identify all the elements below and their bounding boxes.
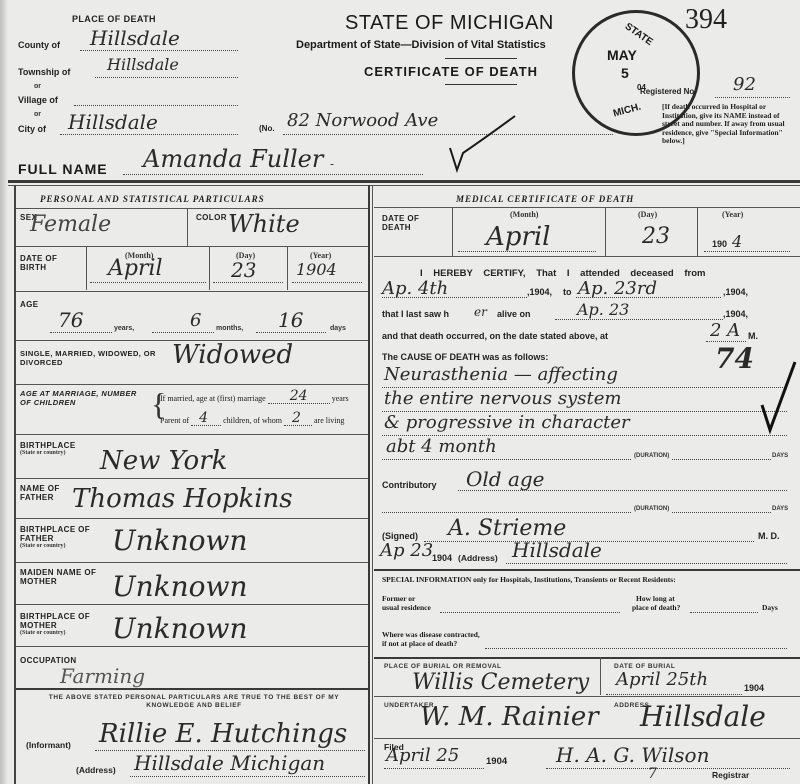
dod-month-field: April: [458, 250, 596, 252]
row-rule: [16, 384, 368, 385]
parent-of-label: Parent of: [160, 416, 189, 425]
marital-value: Widowed: [172, 340, 293, 370]
children-count-value: 4: [199, 410, 208, 426]
row-rule: [374, 569, 800, 571]
row-rule: [16, 434, 368, 435]
how-long-days-label: Days: [762, 603, 778, 612]
informant-address-field: Hillsdale Michigan: [130, 775, 365, 777]
personal-section-title: PERSONAL AND STATISTICAL PARTICULARS: [40, 194, 265, 204]
attended-to-field: Ap. 23rd: [576, 296, 721, 298]
alive-on-label: alive on: [497, 309, 531, 319]
last-saw-date-value: Ap. 23: [577, 300, 629, 319]
duration-label: (DURATION): [632, 453, 671, 460]
dod-day-field: 23: [610, 250, 690, 251]
undertaker-value: W. M. Rainier: [420, 702, 599, 732]
attestation-text: THE ABOVE STATED PERSONAL PARTICULARS AR…: [24, 694, 364, 710]
city-value: Hillsdale: [68, 110, 158, 134]
signed-date: Ap 23: [380, 540, 433, 561]
age-days-field: 16: [256, 330, 326, 333]
doctor-address-value: Hillsdale: [512, 538, 602, 562]
burial-place-value: Willis Cemetery: [412, 670, 589, 695]
occupation-value: Farming: [60, 664, 145, 688]
filed-date-value: April 25: [386, 745, 459, 766]
children-living-value: 2: [292, 410, 301, 426]
row-rule: [16, 562, 368, 563]
or-label: or: [34, 83, 41, 90]
scan-edge: [0, 0, 8, 784]
age-years-field: 76: [50, 330, 112, 333]
mother-birthplace-value: Unknown: [112, 612, 248, 645]
cause-line-4-value: abt 4 month: [386, 436, 497, 457]
age-days-value: 16: [278, 308, 303, 332]
where-contracted-label-2: if not at place of death?: [382, 639, 480, 648]
registered-label: Registered No.: [640, 87, 696, 96]
county-value: Hillsdale: [90, 26, 180, 50]
informant-label: (Informant): [26, 740, 71, 750]
former-residence-field[interactable]: [440, 611, 620, 613]
special-info-heading: SPECIAL INFORMATION only for Hospitals, …: [382, 575, 676, 584]
dod-year-suffix: 4: [732, 232, 742, 251]
title-rule: [445, 58, 517, 59]
township-value: Hillsdale: [107, 55, 179, 74]
registrar-label: Registrar: [712, 770, 749, 780]
row-rule: [16, 208, 368, 209]
row-rule: [374, 696, 800, 697]
stamp-month: MAY: [607, 47, 637, 63]
former-residence-label-1: Former or: [382, 594, 431, 603]
former-residence-label: Former or usual residence: [382, 594, 431, 612]
how-long-label: How long at place of death?: [632, 594, 680, 612]
undertaker-address-value: Hillsdale: [640, 700, 766, 733]
or-label: or: [34, 111, 41, 118]
village-label: Village of: [18, 95, 58, 105]
row-rule: [374, 256, 800, 257]
age-months-value: 6: [190, 310, 201, 331]
marriage-age-value: 24: [290, 388, 308, 404]
father-birthplace-label: BIRTHPLACE OF FATHER: [20, 525, 100, 543]
how-long-label-1: How long at: [632, 594, 680, 603]
mother-birthplace-label: BIRTHPLACE OF MOTHER: [20, 612, 100, 630]
full-name-label: FULL NAME: [18, 161, 108, 177]
duration-days-label: DAYS: [772, 453, 788, 460]
township-field: Hillsdale: [95, 67, 238, 78]
father-value: Thomas Hopkins: [72, 484, 293, 514]
marriage-age-field: 24: [268, 394, 330, 404]
children-count-field: 4: [191, 416, 221, 426]
marriage-label: AGE AT MARRIAGE, NUMBER OF CHILDREN: [20, 390, 140, 407]
cell-divider: [605, 207, 606, 256]
header-divider: [8, 180, 800, 183]
occurred-label: and that death occurred, on the date sta…: [382, 331, 608, 341]
row-rule: [374, 657, 800, 659]
dod-month-value: April: [486, 222, 550, 252]
md-label: M. D.: [758, 531, 780, 541]
cell-divider: [452, 207, 453, 256]
duration-label: (DURATION): [632, 506, 671, 513]
mother-maiden-name-value: Unknown: [112, 570, 248, 603]
row-rule: [16, 246, 368, 247]
dob-label: DATE OF BIRTH: [20, 254, 80, 272]
cell-divider: [86, 246, 87, 290]
birthplace-value: New York: [100, 446, 227, 476]
row-rule: [16, 604, 368, 605]
title-rule: [445, 84, 517, 85]
age-label: AGE: [20, 300, 39, 309]
death-certificate: PLACE OF DEATH County of Hillsdale Towns…: [0, 0, 800, 784]
row-rule: [374, 738, 800, 739]
city-field: Hillsdale: [60, 124, 238, 135]
attended-from-value: Ap. 4th: [382, 278, 448, 299]
row-rule: [16, 646, 368, 647]
dob-year-header: (Year): [310, 252, 331, 259]
certificate-title: CERTIFICATE OF DEATH: [364, 64, 538, 79]
registered-field: 92: [715, 88, 790, 98]
dod-year-prefix: 190: [712, 239, 727, 249]
years-label: years,: [114, 325, 134, 332]
county-field: Hillsdale: [80, 40, 238, 51]
contributory-value: Old age: [466, 467, 545, 491]
informant-address-label: (Address): [76, 765, 116, 775]
contributory-duration-line: [382, 511, 787, 513]
dod-year-field: 190 4: [704, 250, 790, 252]
marriage-age-label: If married, age at (first) marriage: [160, 394, 266, 403]
marital-label: SINGLE, MARRIED, WIDOWED, OR DIVORCED: [20, 349, 175, 367]
burial-year: 1904: [744, 683, 764, 693]
registrar-value: H. A. G. Wilson: [556, 743, 709, 767]
cell-divider: [600, 657, 601, 695]
village-field: [74, 95, 238, 106]
father-label: NAME OF FATHER: [20, 484, 80, 502]
row-rule: [16, 518, 368, 519]
mother-birthplace-sub: (State or country): [20, 630, 66, 637]
marriage-line-1: If married, age at (first) marriage 24 y…: [160, 394, 349, 404]
contributory-label: Contributory: [382, 480, 437, 490]
birthplace-sub: (State or country): [20, 450, 66, 457]
row-rule: [16, 478, 368, 479]
cell-divider: [287, 246, 288, 290]
informant-value: Rillie E. Hutchings: [99, 719, 347, 749]
burial-date-value: April 25th: [616, 669, 708, 690]
doctor-address-label: (Address): [458, 553, 498, 563]
file-number: 394: [685, 4, 727, 36]
cause-line-4: abt 4 month: [382, 458, 787, 460]
left-frame-line: [14, 185, 16, 784]
days-label: days: [330, 325, 346, 332]
dob-day-field: 23: [213, 280, 283, 283]
cell-divider: [697, 207, 698, 256]
column-divider: [368, 185, 370, 784]
svg-text:-: -: [330, 157, 334, 171]
dob-month-value: April: [108, 256, 163, 281]
stamp-top-text: STATE: [623, 21, 655, 48]
age-years-value: 76: [58, 308, 83, 332]
check-mark-annotation: [740, 360, 800, 440]
filed-year: 1904: [486, 756, 507, 767]
dob-day-value: 23: [231, 258, 256, 282]
doctor-address-field: Hillsdale: [506, 562, 787, 564]
mother-maiden-name-label: MAIDEN NAME OF MOTHER: [20, 568, 100, 586]
children-of-whom-label: children, of whom: [223, 416, 282, 425]
attended-to-value: Ap. 23rd: [578, 278, 657, 299]
attended-from-year: ,1904,: [527, 287, 552, 297]
row-rule: [16, 291, 368, 292]
hospital-note: [If death occurred in Hospital or Instit…: [662, 103, 794, 146]
cell-divider: [209, 246, 210, 290]
father-birthplace-value: Unknown: [112, 524, 248, 557]
last-saw-year: ,1904,: [723, 309, 748, 319]
occurred-m-label: M.: [748, 331, 758, 341]
last-saw-date-field: Ap. 23: [555, 318, 723, 320]
dod-day-value: 23: [642, 224, 670, 249]
cause-line-2-value: the entire nervous system: [384, 388, 621, 409]
dod-day-header: (Day): [638, 211, 657, 218]
cause-label: The CAUSE OF DEATH was as follows:: [382, 352, 548, 362]
row-rule: [374, 207, 800, 208]
registrar-field: H. A. G. Wilson: [546, 767, 790, 769]
column-divider: [372, 185, 373, 784]
dod-label: DATE OF DEATH: [382, 214, 442, 232]
department-title: Department of State—Division of Vital St…: [296, 39, 546, 51]
registrar-mark: 7: [648, 766, 657, 782]
informant-address-value: Hillsdale Michigan: [134, 751, 325, 775]
dod-month-header: (Month): [510, 211, 538, 218]
city-label: City of: [18, 124, 46, 134]
how-long-label-2: place of death?: [632, 603, 680, 612]
color-label: COLOR: [196, 213, 227, 222]
years-label: years: [332, 394, 349, 403]
father-birthplace-sub: (State or country): [20, 543, 66, 550]
burial-date-field: April 25th: [606, 693, 742, 695]
former-residence-label-2: usual residence: [382, 603, 431, 612]
contributory-field: Old age: [458, 489, 787, 491]
children-living-field: 2: [284, 416, 312, 426]
state-title: STATE OF MICHIGAN: [345, 12, 554, 35]
registered-value: 92: [733, 74, 756, 95]
cause-line-3-value: & progressive in character: [384, 412, 630, 433]
township-label: Township of: [18, 67, 70, 77]
last-saw-label: that I last saw h: [382, 309, 449, 319]
filed-date-field: April 25: [384, 767, 484, 769]
color-value: White: [228, 210, 300, 238]
duration-days-label: DAYS: [772, 506, 788, 513]
cause-line-1-value: Neurasthenia — affecting: [384, 364, 618, 385]
place-of-death-heading: PLACE OF DEATH: [72, 15, 156, 24]
attended-to-year: ,1904,: [723, 287, 748, 297]
certify-text: I HEREBY CERTIFY, That I attended deceas…: [420, 268, 705, 279]
burial-place-label: PLACE OF BURIAL OR REMOVAL: [384, 663, 501, 670]
where-contracted-label: Where was disease contracted, if not at …: [382, 630, 480, 648]
sex-value: Female: [30, 212, 111, 237]
dod-year-header: (Year): [722, 211, 743, 218]
dob-month-field: April: [90, 280, 206, 283]
county-label: County of: [18, 40, 60, 50]
birthplace-label: BIRTHPLACE: [20, 441, 76, 450]
dob-year-field: 1904: [292, 280, 362, 283]
marriage-line-2: Parent of 4 children, of whom 2 are livi…: [160, 416, 344, 426]
stamp-day: 5: [621, 65, 629, 81]
months-label: months,: [216, 325, 243, 332]
check-mark-annotation: -: [225, 108, 575, 178]
signed-year: 1904: [432, 553, 452, 563]
cell-divider: [187, 208, 188, 246]
medical-section-title: MEDICAL CERTIFICATE OF DEATH: [456, 194, 634, 204]
how-long-field[interactable]: [690, 611, 758, 613]
dob-year-value: 1904: [296, 260, 337, 279]
where-contracted-label-1: Where was disease contracted,: [382, 630, 480, 639]
to-label: to: [563, 287, 572, 297]
row-rule: [16, 688, 368, 690]
header-divider: [8, 185, 800, 186]
where-contracted-field[interactable]: [485, 647, 787, 649]
are-living-label: are living: [314, 416, 344, 425]
stamp-bottom-text: MICH.: [612, 102, 642, 120]
age-months-field: 6: [152, 330, 214, 333]
occurred-time-value: 2 A: [710, 320, 740, 341]
last-saw-pronoun: er: [474, 305, 487, 319]
attended-from-field: Ap. 4th: [382, 296, 527, 298]
